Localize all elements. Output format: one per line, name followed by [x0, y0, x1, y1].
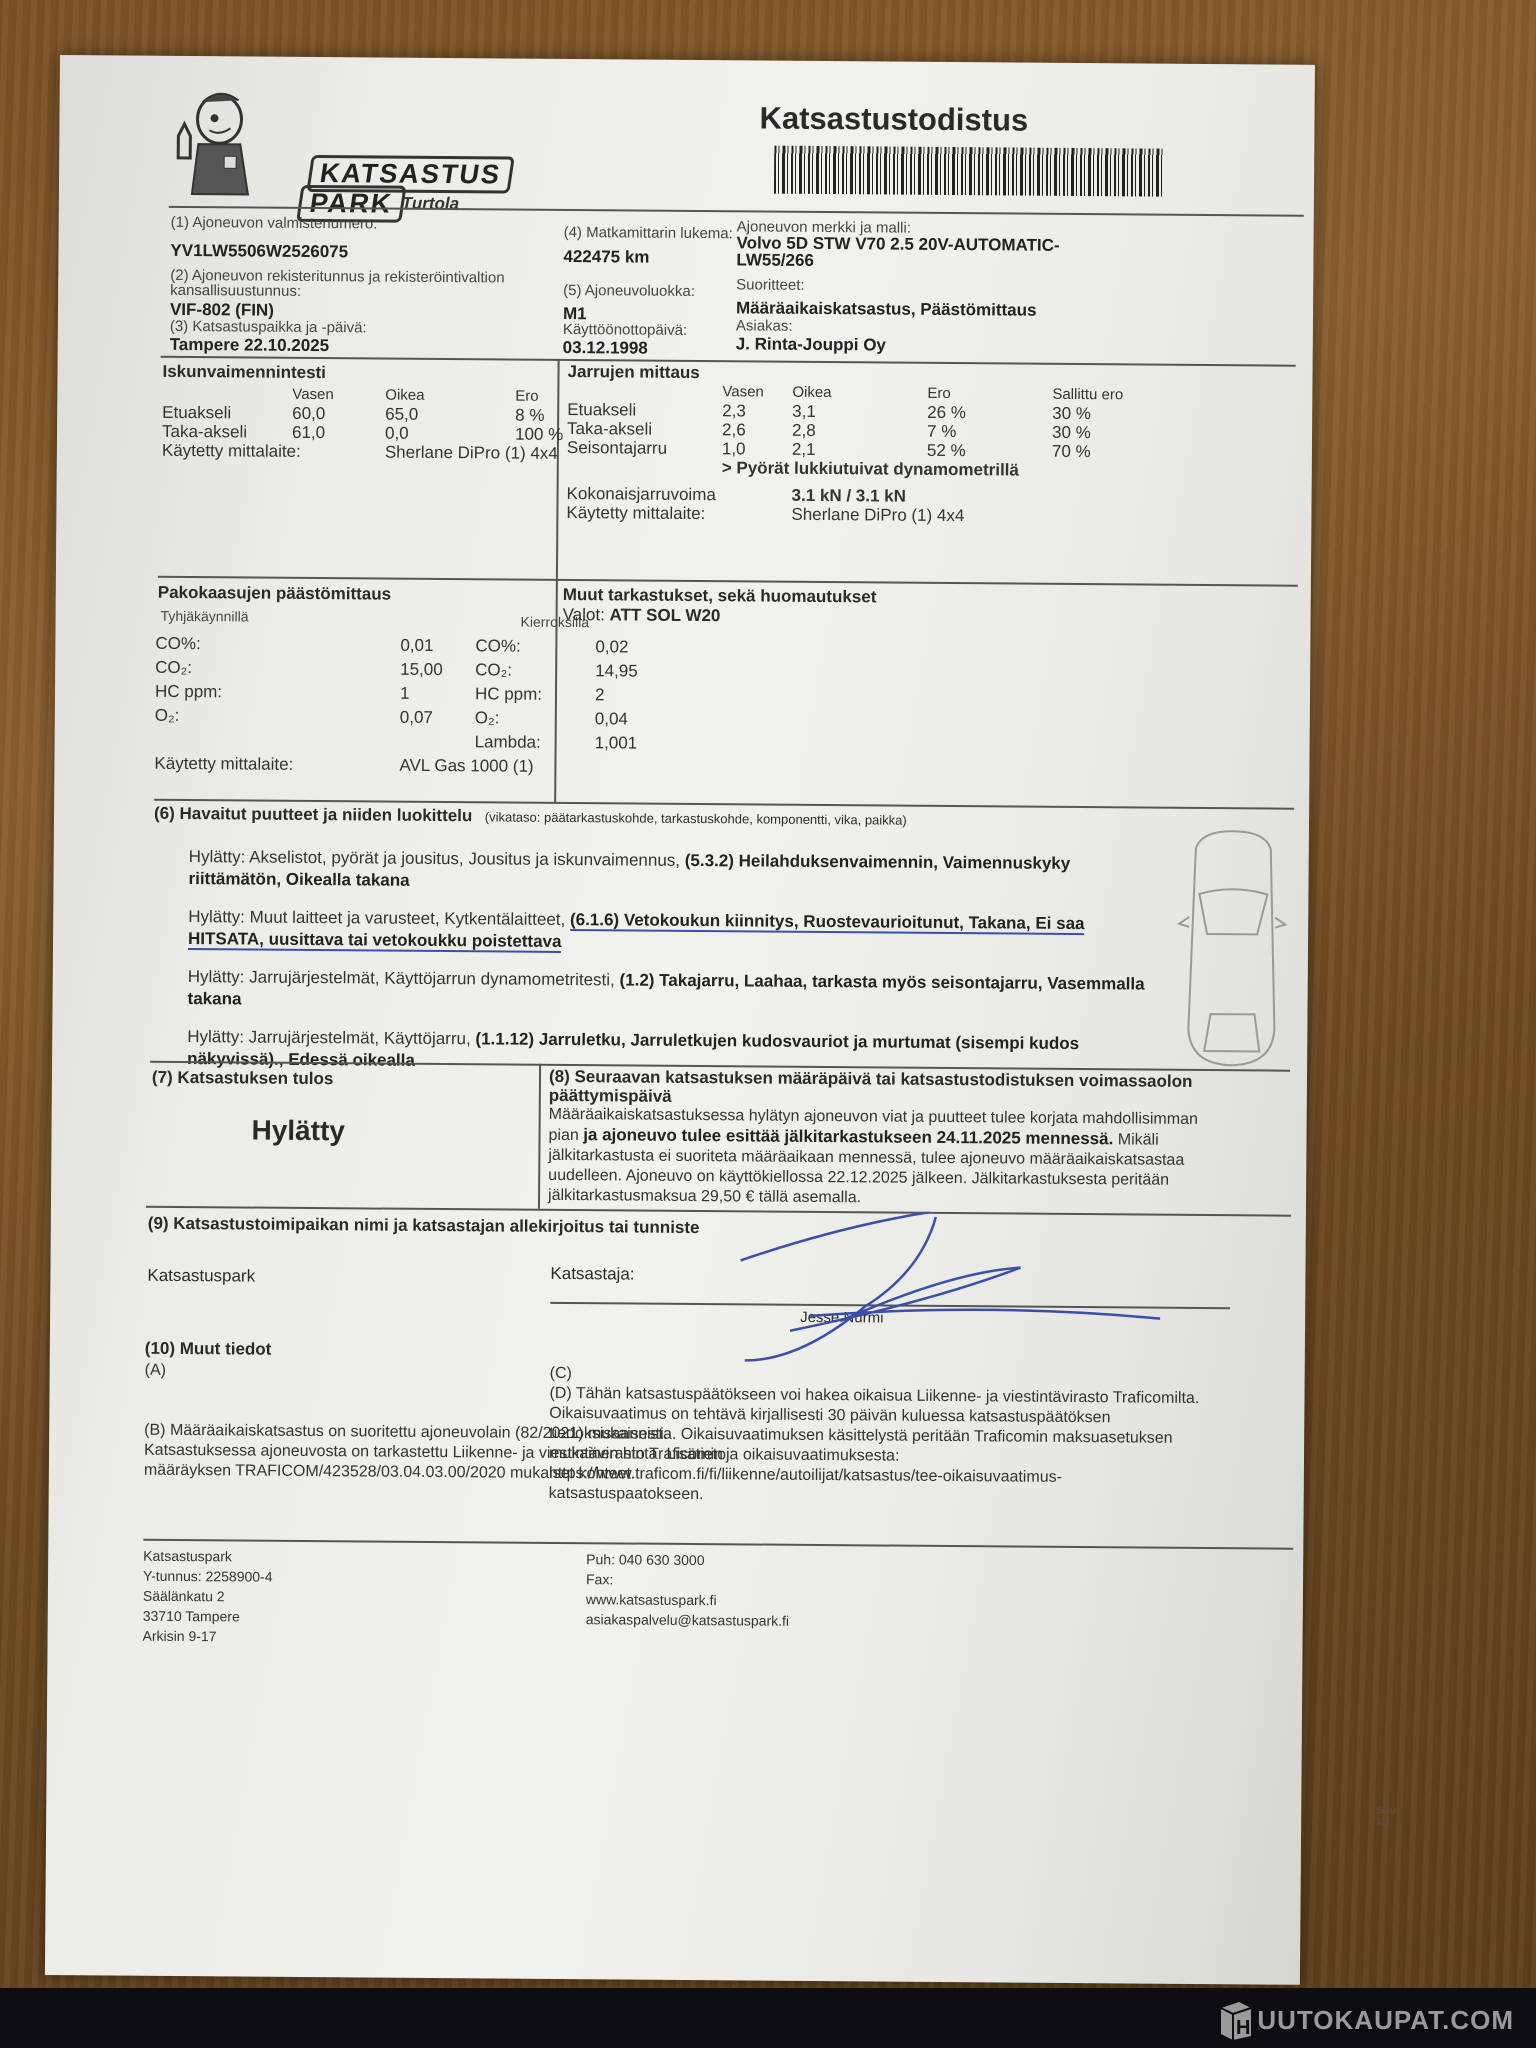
page-indicator: Sivu 1/1	[1376, 1805, 1396, 1827]
email-link: asiakaspalvelu@katsastuspark.fi	[586, 1609, 789, 1631]
vehicle-class-label: (5) Ajoneuvoluokka:	[563, 282, 695, 300]
barcode	[774, 146, 1164, 197]
odometer-value: 422475 km	[563, 247, 649, 268]
fault-item: Hylätty: Jarrujärjestelmät, Käyttöjarrun…	[188, 966, 1148, 1018]
registration-label: (2) Ajoneuvon rekisteritunnus ja rekiste…	[170, 268, 590, 301]
brake-test-note: > Pyörät lukkiutuivat dynamometrillä	[722, 458, 1123, 480]
website-link: www.katsastuspark.fi	[586, 1589, 789, 1611]
next-inspection-section: (8) Seuraavan katsastuksen määräpäivä ta…	[548, 1067, 1209, 1211]
watermark-text: UUTOKAUPAT.COM	[1257, 2005, 1514, 2036]
table-row: Käytetty mittalaite: Sherlane DiPro (1) …	[566, 503, 1122, 526]
faults-subtitle: (vikataso: päätarkastuskohde, tarkastusk…	[485, 809, 907, 827]
divider	[143, 1539, 1293, 1550]
customer-label: Asiakas:	[736, 317, 793, 334]
lights-value: ATT SOL W20	[609, 605, 720, 625]
logo-text-location: Turtola	[402, 194, 459, 214]
footer-right: Puh: 040 630 3000 Fax: www.katsastuspark…	[586, 1549, 790, 1631]
watermark: H UUTOKAUPAT.COM	[1219, 2000, 1514, 2040]
vin-label: (1) Ajoneuvon valmistenumero:	[171, 214, 378, 233]
signature-scribble-icon	[690, 1210, 1191, 1374]
make-model-line2: LW55/266	[736, 250, 814, 271]
brake-test-title: Jarrujen mittaus	[567, 362, 699, 383]
brake-test-table: Vasen Oikea Ero Sallittu ero Etuakseli 2…	[566, 381, 1123, 526]
station-name: Katsastuspark	[147, 1266, 255, 1287]
phone: Puh: 040 630 3000	[586, 1549, 789, 1571]
signature-title: (9) Katsastustoimipaikan nimi ja katsast…	[148, 1214, 700, 1238]
other-info-c: (C)	[550, 1364, 572, 1384]
other-info-title: (10) Muut tiedot	[145, 1339, 272, 1360]
next-inspection-text: Määräaikaiskatsastuksessa hylätyn ajoneu…	[548, 1105, 1209, 1211]
footer-left: Katsastuspark Y-tunnus: 2258900-4 Säälän…	[143, 1546, 273, 1647]
next-inspection-title: (8) Seuraavan katsastuksen määräpäivä ta…	[549, 1067, 1209, 1110]
place-date-value: Tampere 22.10.2025	[170, 335, 330, 356]
emissions-title: Pakokaasujen päästömittaus	[158, 583, 392, 605]
inspection-certificate: KATSASTUS PARK Turtola Katsastustodistus…	[45, 55, 1315, 1985]
company-logo: KATSASTUS PARK Turtola	[164, 84, 585, 207]
faults-title: (6) Havaitut puutteet ja niiden luokitte…	[154, 804, 472, 825]
h-cube-icon: H	[1219, 2000, 1253, 2040]
fault-item: Hylätty: Muut laitteet ja varusteet, Kyt…	[188, 906, 1148, 958]
shock-test-table: Vasen Oikea Ero Etuakseli 60,0 65,0 8 % …	[162, 384, 564, 463]
mascot-icon	[164, 84, 260, 205]
lights-label: Valot:	[563, 605, 605, 624]
column-divider	[538, 1064, 541, 1209]
odometer-label: (4) Matkamittarin lukema:	[564, 224, 733, 242]
lights-row: Valot: ATT SOL W20	[563, 605, 721, 626]
inspector-label: Katsastaja:	[550, 1264, 634, 1285]
document-title: Katsastustodistus	[759, 100, 1028, 138]
svg-text:H: H	[1236, 2017, 1251, 2039]
table-row: Käytetty mittalaite: Sherlane DiPro (1) …	[162, 441, 563, 463]
shock-test-title: Iskunvaimennintesti	[162, 362, 326, 383]
table-row: Käytetty mittalaite: AVL Gas 1000 (1)	[154, 751, 637, 779]
customer-value: J. Rinta-Jouppi Oy	[736, 334, 886, 355]
other-info-a: (A)	[145, 1361, 166, 1381]
services-label: Suoritteet:	[736, 276, 805, 294]
fault-item: Hylätty: Akselistot, pyörät ja jousitus,…	[188, 846, 1148, 898]
faults-header: (6) Havaitut puutteet ja niiden luokitte…	[154, 804, 907, 830]
first-use-label: Käyttöönottopäivä:	[563, 321, 687, 339]
result-title: (7) Katsastuksen tulos	[152, 1068, 334, 1089]
other-info-d: (D) Tähän katsastuspäätökseen voi hakea …	[549, 1384, 1210, 1509]
emissions-idle-label: Tyhjäkäynnillä	[161, 608, 249, 625]
fax: Fax:	[586, 1569, 789, 1591]
place-date-label: (3) Katsastuspaikka ja -päivä:	[170, 318, 367, 337]
divider	[161, 356, 1296, 367]
first-use-value: 03.12.1998	[563, 338, 648, 359]
other-checks-title: Muut tarkastukset, sekä huomautukset	[563, 585, 877, 607]
result-value: Hylätty	[251, 1115, 345, 1148]
car-diagram-icon	[1174, 829, 1291, 1070]
emissions-table: CO%: 0,01 CO%: 0,02 CO₂: 15,00 CO₂: 14,9…	[154, 631, 638, 779]
vin-value: YV1LW5506W2526075	[170, 241, 348, 262]
